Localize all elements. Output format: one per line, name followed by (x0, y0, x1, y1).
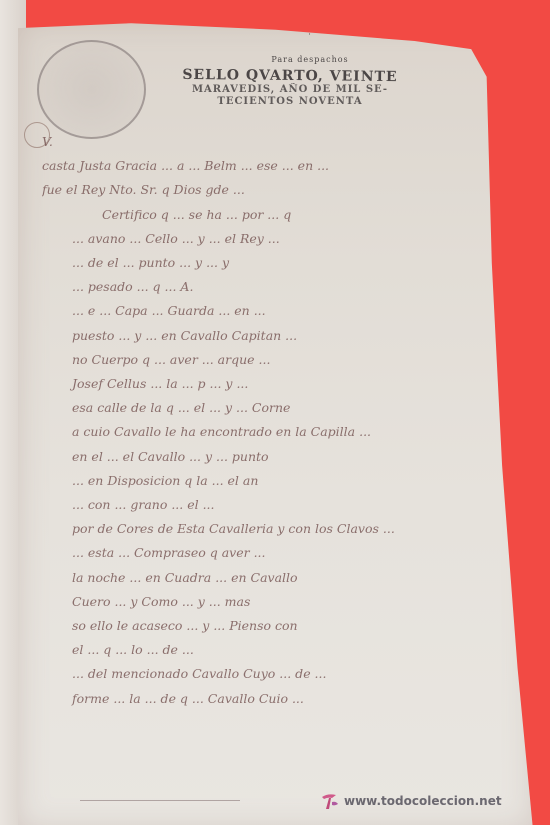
header-small-line: Para despachos (195, 55, 425, 64)
text-line: ... en Disposicion q la ... el an (42, 469, 512, 493)
text-line: ... del mencionado Cavallo Cuyo ... de .… (42, 662, 512, 686)
text-line: el ... q ... lo ... de ... (42, 638, 512, 662)
text-line: la noche ... en Cuadra ... en Cavallo (42, 566, 512, 590)
text-line: so ello le acaseco ... y ... Pienso con (42, 614, 512, 638)
text-line: no Cuerpo q ... aver ... arque ... (42, 348, 512, 372)
text-line: Cuero ... y Como ... y ... mas (42, 590, 512, 614)
text-line: a cuio Cavallo le ha encontrado en la Ca… (42, 420, 512, 444)
text-line: ... avano ... Cello ... y ... el Rey ... (42, 227, 512, 251)
header-line-3: TECIENTOS NOVENTA (155, 96, 425, 108)
text-line: Josef Cellus ... la ... p ... y ... (42, 372, 512, 396)
seal-stamp-icon (37, 40, 146, 139)
handwritten-text: V. casta Justa Gracia ... a ... Belm ...… (42, 130, 512, 711)
header-line-1: SELLO QVARTO, VEINTE (155, 67, 425, 86)
text-line: forme ... la ... de q ... Cavallo Cuio .… (42, 687, 512, 711)
text-line: casta Justa Gracia ... a ... Belm ... es… (42, 154, 512, 178)
text-line: en el ... el Cavallo ... y ... punto (42, 445, 512, 469)
text-line: ... de el ... punto ... y ... y (42, 251, 512, 275)
header-mark: · (195, 30, 425, 39)
text-line: fue el Rey Nto. Sr. q Dios gde ... (42, 178, 512, 202)
text-line: V. (42, 130, 512, 154)
watermark-text: www.todocoleccion.net (344, 794, 502, 808)
watermark: www.todocoleccion.net (320, 792, 502, 810)
text-line: ... con ... grano ... el ... (42, 493, 512, 517)
header-line-2: MARAVEDIS, AÑO DE MIL SE- (155, 84, 425, 96)
text-line: ... e ... Capa ... Guarda ... en ... (42, 299, 512, 323)
text-line: Certifico q ... se ha ... por ... q (42, 203, 512, 227)
text-line: ... esta ... Compraseo q aver ... (42, 541, 512, 565)
text-line: por de Cores de Esta Cavalleria y con lo… (42, 517, 512, 541)
signature-rule (80, 800, 240, 801)
todocoleccion-logo-icon (320, 792, 340, 810)
stamped-paper-header: · Para despachos SELLO QVARTO, VEINTE MA… (155, 30, 425, 108)
text-line: esa calle de la q ... el ... y ... Corne (42, 396, 512, 420)
text-line: puesto ... y ... en Cavallo Capitan ... (42, 324, 512, 348)
text-line: ... pesado ... q ... A. (42, 275, 512, 299)
